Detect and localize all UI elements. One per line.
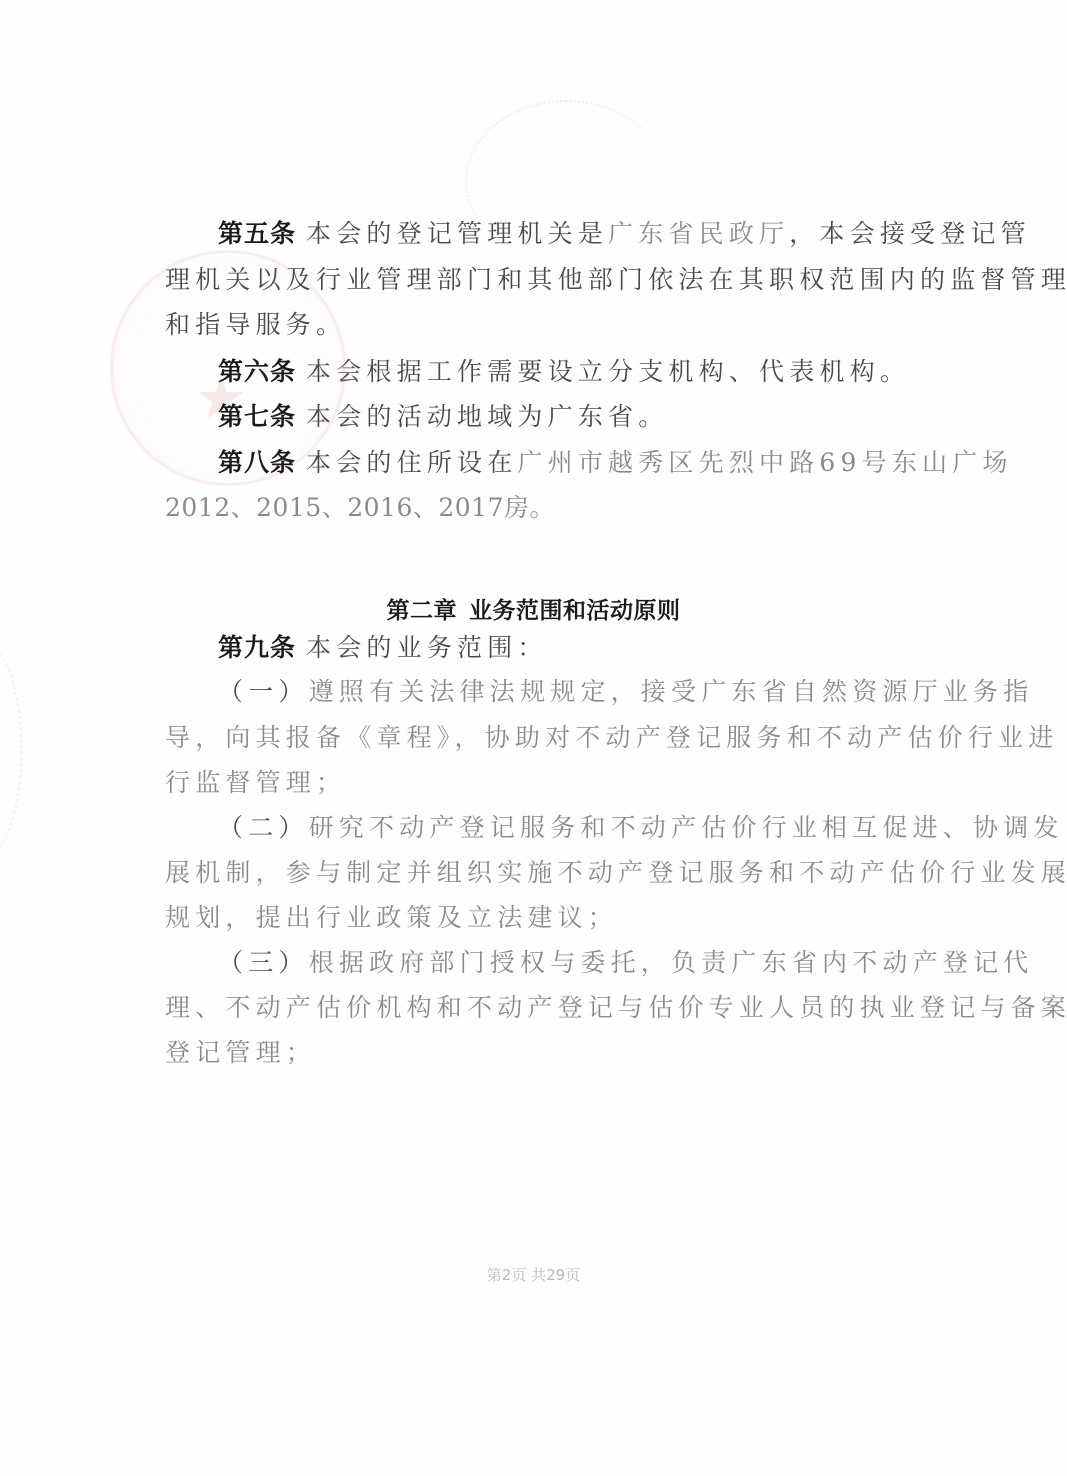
item-1-label: （一） <box>218 677 309 706</box>
article-9-line-1: 第九条本会的业务范围： <box>218 633 548 663</box>
item-1-line-1: （一）遵照有关法律法规规定，接受广东省自然资源厅业务指 <box>218 677 1033 707</box>
item-1-line-2: 导，向其报备《章程》，协助对不动产登记服务和不动产估价行业进 <box>165 723 1059 753</box>
article-5-heading: 第五条 <box>218 219 296 248</box>
item-2-line-3: 规划，提出行业政策及立法建议； <box>165 903 618 933</box>
chapter-name: 业务范围和活动原则 <box>469 598 681 624</box>
document-page: ★ 第五条本会的登记管理机关是广东省民政厅，本会接受登记管 理机关以及行业管理部… <box>0 0 1067 1476</box>
article-8-heading: 第八条 <box>218 448 296 477</box>
registration-authority: 广东省民政厅 <box>608 219 789 248</box>
article-8-line-2: 2012、2015、2016、2017房。 <box>165 493 555 523</box>
page-number: 第2页 共29页 <box>0 1264 1067 1285</box>
article-5-line-3: 和指导服务。 <box>165 310 346 340</box>
article-7-line-1: 第七条本会的活动地域为广东省。 <box>218 402 668 432</box>
item-2-line-2: 展机制，参与制定并组织实施不动产登记服务和不动产估价行业发展 <box>165 858 1067 888</box>
article-8-line-1: 第八条本会的住所设在广州市越秀区先烈中路69号东山广场 <box>218 448 1013 478</box>
address-text: 广州市越秀区先烈中路69号东山广场 <box>517 448 1012 477</box>
article-7-heading: 第七条 <box>218 402 296 431</box>
seal-edge-mark <box>0 640 23 860</box>
item-3-line-3: 登记管理； <box>165 1038 316 1068</box>
article-9-heading: 第九条 <box>218 633 296 662</box>
item-2-line-1: （二）研究不动产登记服务和不动产估价行业相互促进、协调发 <box>218 813 1064 843</box>
chapter-number: 第二章 <box>387 598 458 624</box>
article-5-line-2: 理机关以及行业管理部门和其他部门依法在其职权范围内的监督管理 <box>165 265 1067 295</box>
chapter-title: 第二章业务范围和活动原则 <box>0 592 1067 625</box>
item-3-label: （三） <box>218 948 309 977</box>
article-5-line-1: 第五条本会的登记管理机关是广东省民政厅，本会接受登记管 <box>218 219 1031 249</box>
item-2-label: （二） <box>218 813 309 842</box>
item-3-line-2: 理、不动产估价机构和不动产登记与估价专业人员的执业登记与备案 <box>165 993 1067 1023</box>
item-1-line-3: 行监督管理； <box>165 768 346 798</box>
article-6-heading: 第六条 <box>218 357 296 386</box>
item-3-line-1: （三）根据政府部门授权与委托，负责广东省内不动产登记代 <box>218 948 1033 978</box>
article-6-line-1: 第六条本会根据工作需要设立分支机构、代表机构。 <box>218 357 910 387</box>
